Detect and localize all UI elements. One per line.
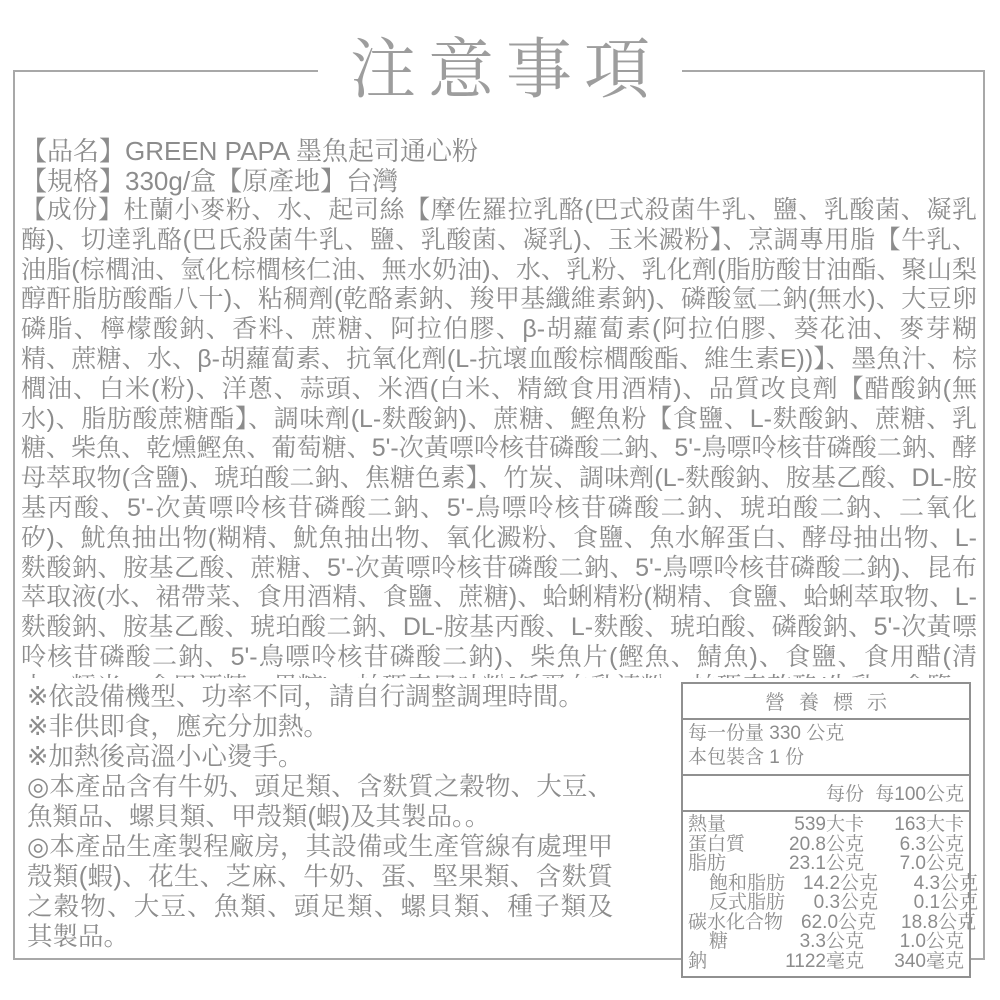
nutrition-row-saturated-fat: 飽和脂肪 14.2公克 4.3公克 (688, 874, 964, 894)
bottom-section: ※依設備機型、功率不同，請自行調整調理時間。 ※非供即食，應充分加熱。 ※加熱後… (27, 682, 971, 954)
column-header-per-serving: 每份 (771, 779, 864, 806)
note-line-hot-caution: ※加熱後高溫小心燙手。 (27, 742, 613, 772)
row-label: 糖 (688, 932, 771, 952)
page-title-band: 注意事項 (0, 34, 1000, 108)
row-label: 飽和脂肪 (688, 874, 785, 894)
ingredients-paragraph: 【成份】杜蘭小麥粉、水、起司絲【摩佐羅拉乳酪(巴式殺菌牛乳、鹽、乳酸菌、凝乳酶)… (21, 196, 977, 678)
notes-section: ※依設備機型、功率不同，請自行調整調理時間。 ※非供即食，應充分加熱。 ※加熱後… (27, 682, 613, 952)
value-per-100g: 4.3公克 (878, 874, 978, 894)
product-name-line: 【品名】GREEN PAPA 墨魚起司通心粉 (21, 136, 977, 166)
value-per-serving: 539大卡 (771, 815, 864, 835)
nutrition-table: 營養標示 每一份量 330 公克 本包裝含 1 份 每份 每100公克 熱量 5… (681, 682, 971, 978)
serving-size: 每一份量 330 公克 (688, 722, 964, 746)
row-label: 脂肪 (688, 854, 771, 874)
note-line-adjust-time: ※依設備機型、功率不同，請自行調整調理時間。 (27, 682, 613, 712)
content-box-inner: 【品名】GREEN PAPA 墨魚起司通心粉 【規格】330g/盒【原產地】台灣… (21, 72, 977, 678)
page-title: 注意事項 (318, 34, 682, 108)
column-spacer (688, 779, 771, 806)
value-per-serving: 1122毫克 (771, 952, 864, 972)
servings-per-pack: 本包裝含 1 份 (688, 746, 964, 770)
nutrition-rows: 熱量 539大卡 163大卡 蛋白質 20.8公克 6.3公克 脂肪 23.1公… (683, 812, 969, 976)
nutrition-title: 營養標示 (683, 684, 969, 720)
value-per-serving: 62.0公克 (783, 913, 876, 933)
nutrition-serving-info: 每一份量 330 公克 本包裝含 1 份 (683, 720, 969, 776)
value-per-serving: 0.3公克 (785, 893, 878, 913)
row-label: 鈉 (688, 952, 771, 972)
value-per-serving: 14.2公克 (785, 874, 878, 894)
note-line-allergens-facility: ◎本產品生產製程廠房，其設備或生產管線有處理甲殼類(蝦)、花生、芝麻、牛奶、蛋、… (27, 832, 613, 952)
nutrition-row-carbohydrate: 碳水化合物 62.0公克 18.8公克 (688, 913, 964, 933)
row-label: 反式脂肪 (688, 893, 785, 913)
value-per-100g: 18.8公克 (876, 913, 976, 933)
value-per-100g: 163大卡 (864, 815, 964, 835)
note-line-not-ready-to-eat: ※非供即食，應充分加熱。 (27, 712, 613, 742)
row-label: 熱量 (688, 815, 771, 835)
column-header-per-100g: 每100公克 (864, 779, 964, 806)
value-per-100g: 0.1公克 (878, 893, 978, 913)
value-per-100g: 6.3公克 (864, 835, 964, 855)
nutrition-column-headers: 每份 每100公克 (683, 776, 969, 812)
nutrition-row-sodium: 鈉 1122毫克 340毫克 (688, 952, 964, 972)
value-per-serving: 20.8公克 (771, 835, 864, 855)
row-label: 蛋白質 (688, 835, 771, 855)
value-per-100g: 340毫克 (864, 952, 964, 972)
nutrition-row-trans-fat: 反式脂肪 0.3公克 0.1公克 (688, 893, 964, 913)
product-spec-line: 【規格】330g/盒【原產地】台灣 (21, 166, 977, 196)
content-box: 【品名】GREEN PAPA 墨魚起司通心粉 【規格】330g/盒【原產地】台灣… (13, 70, 985, 960)
value-per-serving: 23.1公克 (771, 854, 864, 874)
note-line-allergens-contains: ◎本產品含有牛奶、頭足類、含麩質之穀物、大豆、魚類品、螺貝類、甲殼類(蝦)及其製… (27, 772, 613, 832)
row-label: 碳水化合物 (688, 913, 783, 933)
nutrition-row-calories: 熱量 539大卡 163大卡 (688, 815, 964, 835)
nutrition-row-sugar: 糖 3.3公克 1.0公克 (688, 932, 964, 952)
value-per-serving: 3.3公克 (771, 932, 864, 952)
nutrition-row-protein: 蛋白質 20.8公克 6.3公克 (688, 835, 964, 855)
value-per-100g: 7.0公克 (864, 854, 964, 874)
value-per-100g: 1.0公克 (864, 932, 964, 952)
nutrition-row-fat: 脂肪 23.1公克 7.0公克 (688, 854, 964, 874)
